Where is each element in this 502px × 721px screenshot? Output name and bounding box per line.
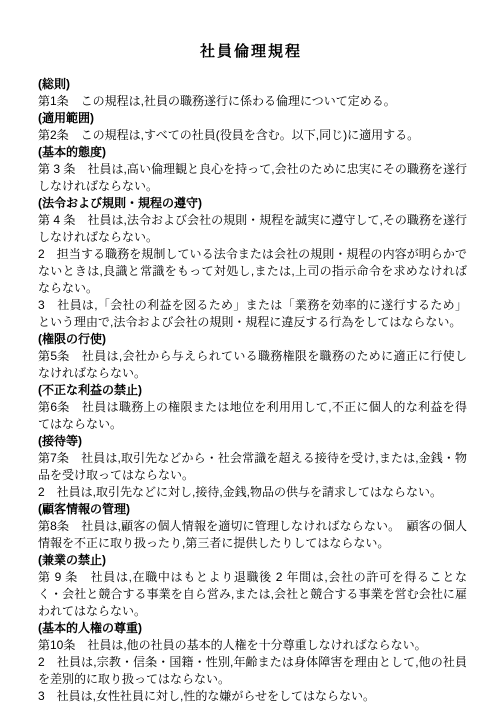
section-heading: (顧客情報の管理) (38, 501, 467, 518)
section-heading: (兼業の禁止) (38, 552, 467, 569)
document-title: 社員倫理規程 (0, 0, 502, 61)
article-paragraph: 2 社員は,宗教・信条・国籍・性別,年齢または身体障害を理由として,他の社員を差… (38, 654, 467, 688)
section-heading: (接待等) (38, 433, 467, 450)
article-paragraph: 第 4 条 社員は,法令および会社の規則・規程を誠実に遵守して,その職務を遂行し… (38, 212, 467, 246)
section-heading: (基本的態度) (38, 144, 467, 161)
section-heading: (権限の行使) (38, 331, 467, 348)
article-paragraph: 第8条 社員は,顧客の個人情報を適切に管理しなければならない。 顧客の個人情報を… (38, 518, 467, 552)
section-heading: (不正な利益の禁止) (38, 382, 467, 399)
article-paragraph: 3 社員は,「会社の利益を図るため」または「業務を効率的に遂行するため」という理… (38, 297, 467, 331)
document-body: (総則) 第1条 この規程は,社員の職務遂行に係わる倫理について定める。 (適用… (38, 76, 467, 705)
article-paragraph: 第2条 この規程は,すべての社員(役員を含む。以下,同じ)に適用する。 (38, 127, 467, 144)
article-paragraph: 第1条 この規程は,社員の職務遂行に係わる倫理について定める。 (38, 93, 467, 110)
article-paragraph: 第 3 条 社員は,高い倫理観と良心を持って,会社のために忠実にその職務を遂行し… (38, 161, 467, 195)
article-paragraph: 2 担当する職務を規制している法令または会社の規則・規程の内容が明らかでないとき… (38, 246, 467, 297)
section-heading: (基本的人権の尊重) (38, 620, 467, 637)
article-paragraph: 第6条 社員は職務上の権限または地位を利用用して,不正に個人的な利益を得てはなら… (38, 399, 467, 433)
article-paragraph: 第 9 条 社員は,在職中はもとより退職後 2 年間は,会社の許可を得ることなく… (38, 569, 467, 620)
article-paragraph: 3 社員は,女性社員に対し,性的な嫌がらせをしてはならない。 (38, 688, 467, 705)
section-heading: (総則) (38, 76, 467, 93)
article-paragraph: 第10条 社員は,他の社員の基本的人権を十分尊重しなければならない。 (38, 637, 467, 654)
article-paragraph: 第7条 社員は,取引先などから・社会常識を超える接待を受け,または,金銭・物品を… (38, 450, 467, 484)
section-heading: (法令および規則・規程の遵守) (38, 195, 467, 212)
article-paragraph: 2 社員は,取引先などに対し,接待,金銭,物品の供与を請求してはならない。 (38, 484, 467, 501)
article-paragraph: 第5条 社員は,会社から与えられている職務権限を職務のために適正に行使しなければ… (38, 348, 467, 382)
document-page: 社員倫理規程 (総則) 第1条 この規程は,社員の職務遂行に係わる倫理について定… (0, 0, 502, 721)
section-heading: (適用範囲) (38, 110, 467, 127)
